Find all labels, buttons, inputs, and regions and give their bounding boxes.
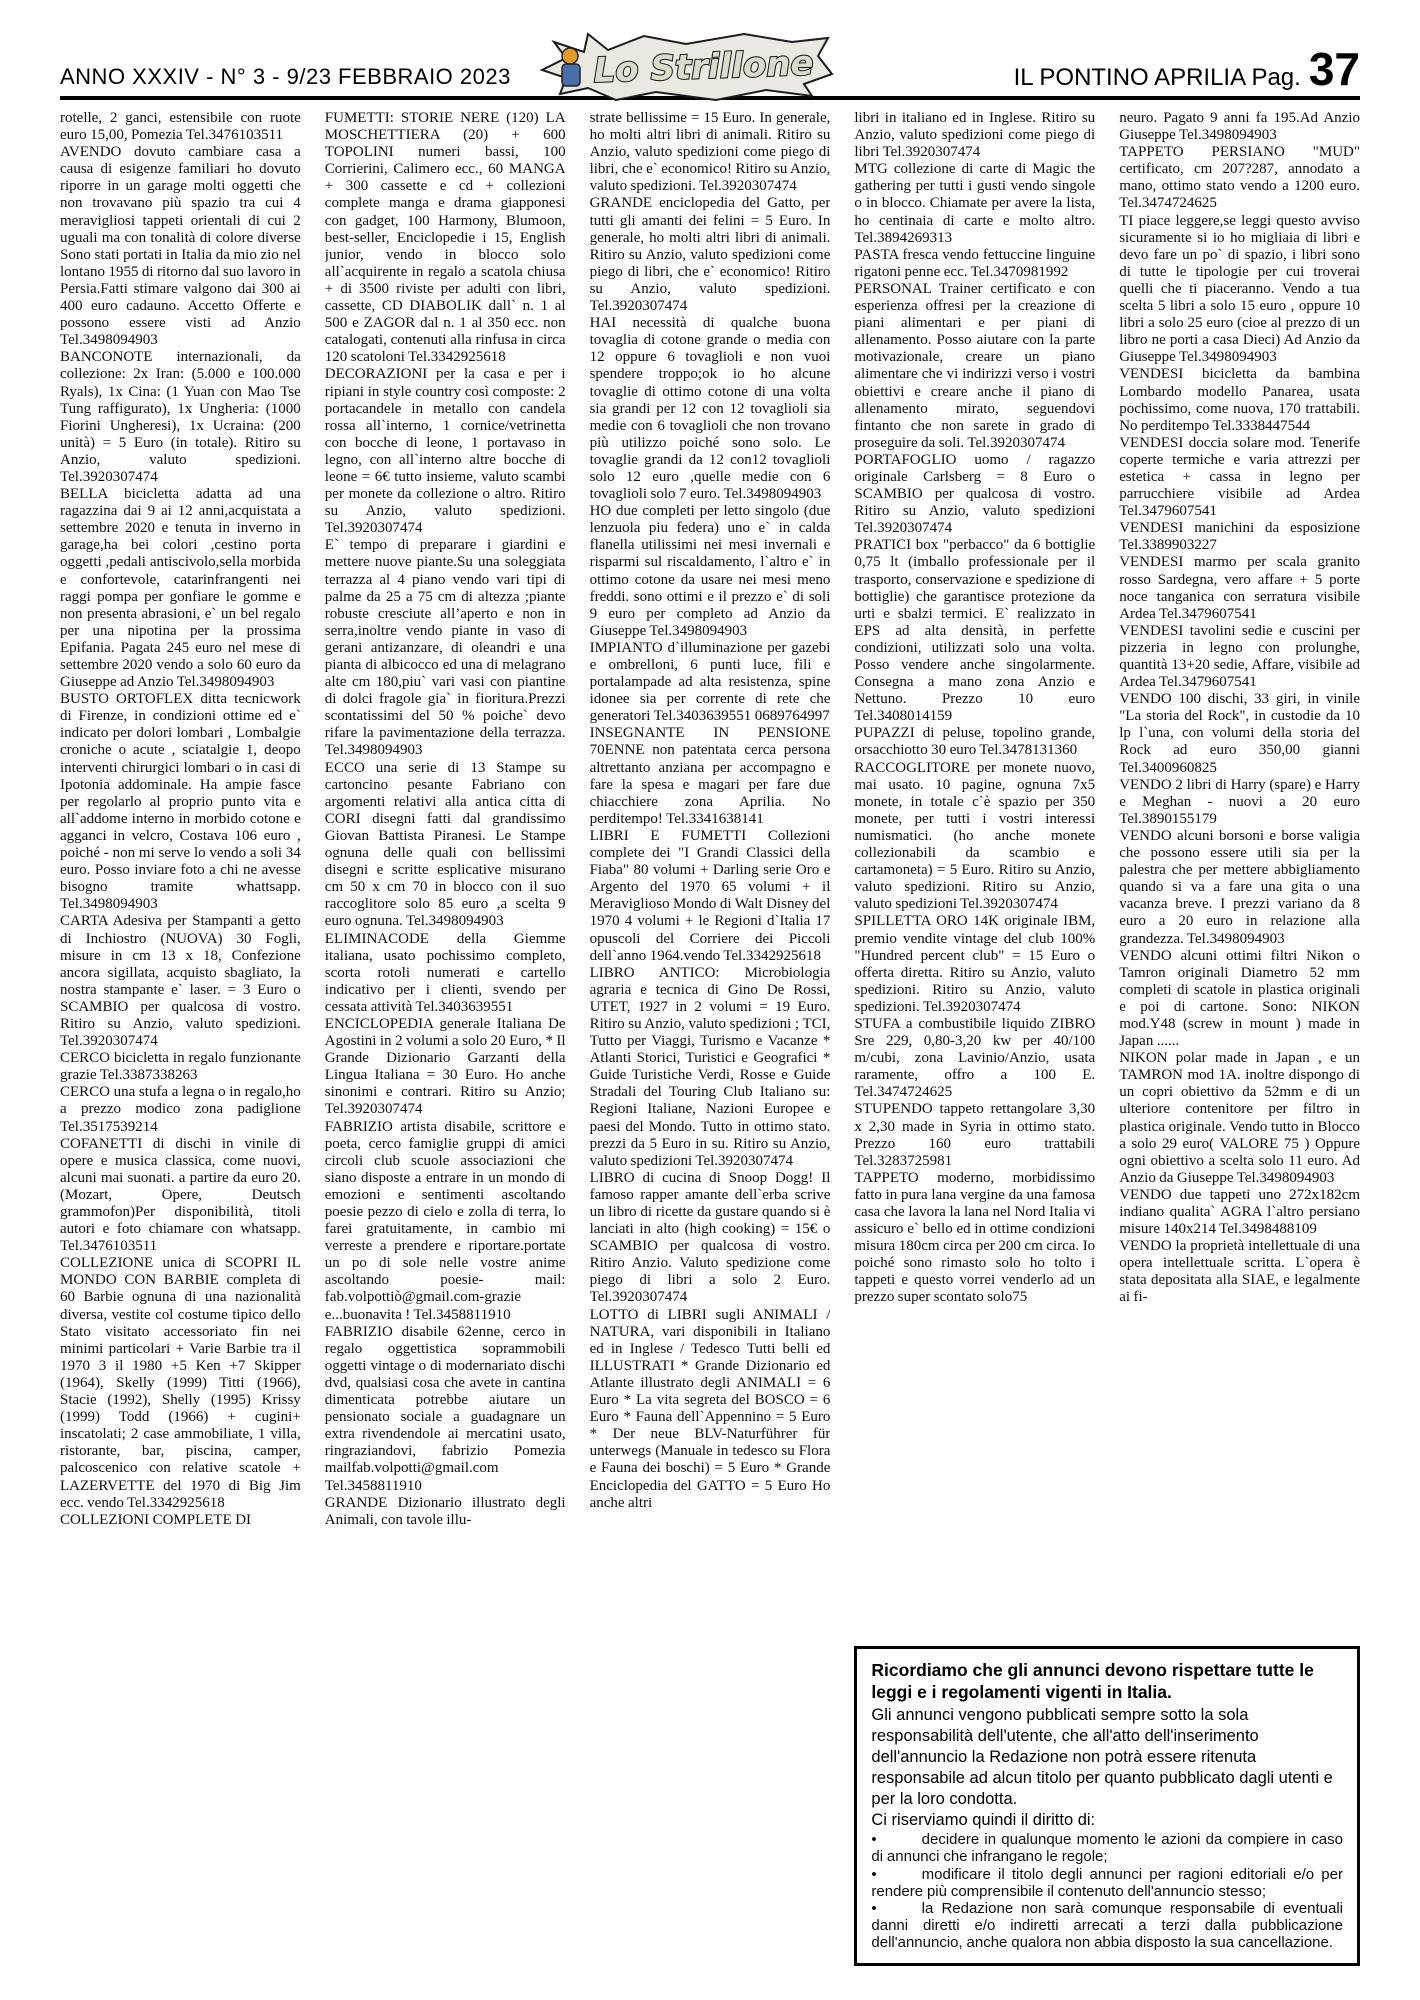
- classified-ad: PUPAZZI di peluse, topolino grande, orsa…: [854, 725, 1095, 759]
- classified-ad: VENDO la proprietà intellettuale di una …: [1119, 1238, 1360, 1306]
- classified-ad: GRANDE enciclopedia del Gatto, per tutti…: [590, 195, 831, 315]
- column-4: libri in italiano ed in Inglese. Ritiro …: [854, 110, 1095, 1632]
- masthead-right: IL PONTINO APRILIA Pag. 37: [1014, 50, 1360, 92]
- rules-notice-box: Ricordiamo che gli annunci devono rispet…: [854, 1646, 1360, 1966]
- classified-ad: GRANDE Dizionario illustrato degli Anima…: [325, 1495, 566, 1529]
- classified-ad: strate bellissime = 15 Euro. In generale…: [590, 110, 831, 195]
- classified-ad: LIBRO di cucina di Snoop Dogg! Il famoso…: [590, 1170, 831, 1307]
- classified-ad: rotelle, 2 ganci, estensibile con ruote …: [60, 110, 301, 144]
- classified-ad: BUSTO ORTOFLEX ditta tecnicwork di Firen…: [60, 691, 301, 913]
- classified-ad: CARTA Adesiva per Stampanti a getto di I…: [60, 913, 301, 1050]
- classified-ad: VENDESI doccia solare mod. Tenerife cope…: [1119, 435, 1360, 520]
- notice-rights-lead: Ci riserviamo quindi il diritto di:: [871, 1810, 1343, 1831]
- classified-ad: VENDO 2 libri di Harry (spare) e Harry e…: [1119, 777, 1360, 828]
- classified-ad: VENDESI manichini da esposizione Tel.338…: [1119, 520, 1360, 554]
- classified-ad: PRATICI box "perbacco" da 6 bottiglie 0,…: [854, 537, 1095, 725]
- classified-ad: FABRIZIO disabile 62enne, cerco in regal…: [325, 1324, 566, 1495]
- classified-ad: VENDESI bicicletta da bambina Lombardo m…: [1119, 366, 1360, 434]
- classified-ad: LOTTO di LIBRI sugli ANIMALI / NATURA, v…: [590, 1307, 831, 1512]
- classified-ad: E` tempo di preparare i giardini e mette…: [325, 537, 566, 759]
- column-1: rotelle, 2 ganci, estensibile con ruote …: [60, 110, 301, 1966]
- classified-ad: SPILLETTA ORO 14K originale IBM, premio …: [854, 913, 1095, 1016]
- classified-ad: STUPENDO tappeto rettangolare 3,30 x 2,3…: [854, 1101, 1095, 1169]
- issue-date-line: ANNO XXXIV - N° 3 - 9/23 FEBBRAIO 2023: [60, 64, 511, 92]
- classified-ad: HAI necessità di qualche buona tovaglia …: [590, 315, 831, 503]
- classified-ad: VENDESI marmo per scala granito rosso Sa…: [1119, 554, 1360, 622]
- classified-ad: STUFA a combustibile liquido ZIBRO Sre 2…: [854, 1016, 1095, 1101]
- page-number: 37: [1309, 50, 1360, 89]
- classified-ad: INSEGNANTE IN PENSIONE 70ENNE non patent…: [590, 725, 831, 828]
- classified-ad: FABRIZIO artista disabile, scrittore e p…: [325, 1119, 566, 1324]
- notice-intro: Gli annunci vengono pubblicati sempre so…: [871, 1705, 1343, 1810]
- notice-bullet: • modificare il titolo degli annunci per…: [871, 1866, 1343, 1900]
- classified-ad: AVENDO dovuto cambiare casa a causa di e…: [60, 144, 301, 349]
- column-2: FUMETTI: STORIE NERE (120) LA MOSCHETTIE…: [325, 110, 566, 1966]
- classified-ad: ECCO una serie di 13 Stampe su cartoncin…: [325, 760, 566, 931]
- classified-ad: PERSONAL Trainer certificato e con esper…: [854, 281, 1095, 452]
- newspaper-page: ANNO XXXIV - N° 3 - 9/23 FEBBRAIO 2023 L…: [0, 0, 1420, 2000]
- notice-bullets: • decidere in qualunque momento le azion…: [871, 1831, 1343, 1951]
- classified-ad: MTG collezione di carte di Magic the gat…: [854, 161, 1095, 246]
- classified-ad: COFANETTI di dischi in vinile di opere e…: [60, 1136, 301, 1256]
- notice-bullet: • la Redazione non sarà comunque respons…: [871, 1900, 1343, 1951]
- lo-strillone-logo-art: Lo Strillone: [536, 30, 836, 104]
- classified-ad: BELLA bicicletta adatta ad una ragazzina…: [60, 486, 301, 691]
- classified-ad: TI piace leggere,se leggi questo avviso …: [1119, 213, 1360, 367]
- column-3: strate bellissime = 15 Euro. In generale…: [590, 110, 831, 1966]
- classified-ad: HO due completi per letto singolo (due l…: [590, 503, 831, 640]
- classified-ad: VENDO 100 dischi, 33 giri, in vinile "La…: [1119, 691, 1360, 776]
- classified-ad: LIBRI E FUMETTI Collezioni complete dei …: [590, 828, 831, 965]
- classified-ad: VENDO alcuni borsoni e borse valigia che…: [1119, 828, 1360, 948]
- logo-text: Lo Strillone: [593, 43, 814, 91]
- newsboy-hat-icon: [562, 48, 578, 64]
- page-header: ANNO XXXIV - N° 3 - 9/23 FEBBRAIO 2023 L…: [60, 34, 1360, 100]
- classified-ad: libri in italiano ed in Inglese. Ritiro …: [854, 110, 1095, 161]
- newsboy-body-icon: [562, 64, 580, 86]
- classified-ad: DECORAZIONI per la casa e per i ripiani …: [325, 366, 566, 537]
- classifieds-columns: rotelle, 2 ganci, estensibile con ruote …: [60, 110, 1360, 1966]
- classified-ad: IMPIANTO d`illuminazione per gazebi e om…: [590, 640, 831, 725]
- classified-ad: TAPPETO moderno, morbidissimo fatto in p…: [854, 1170, 1095, 1307]
- classified-ad: CERCO bicicletta in regalo funzionante g…: [60, 1050, 301, 1084]
- notice-title: Ricordiamo che gli annunci devono rispet…: [871, 1659, 1343, 1703]
- classified-ad: ENCICLOPEDIA generale Italiana De Agosti…: [325, 1016, 566, 1119]
- classified-ad: VENDO alcuni ottimi filtri Nikon o Tamro…: [1119, 948, 1360, 1051]
- classified-ad: TAPPETO PERSIANO "MUD" certificato, cm 2…: [1119, 144, 1360, 212]
- classified-ad: RACCOGLITORE per monete nuovo, mai usato…: [854, 760, 1095, 914]
- classified-ad: BANCONOTE internazionali, da collezione:…: [60, 349, 301, 486]
- classified-ad: PASTA fresca vendo fettuccine linguine r…: [854, 247, 1095, 281]
- column-5: neuro. Pagato 9 anni fa 195.Ad Anzio Giu…: [1119, 110, 1360, 1632]
- classified-ad: neuro. Pagato 9 anni fa 195.Ad Anzio Giu…: [1119, 110, 1360, 144]
- classified-ad: PORTAFOGLIO uomo / ragazzo originale Car…: [854, 452, 1095, 537]
- lo-strillone-logo: Lo Strillone: [536, 30, 836, 109]
- classified-ad: COLLEZIONI COMPLETE DI: [60, 1512, 301, 1529]
- classified-ad: CERCO una stufa a legna o in regalo,ho a…: [60, 1084, 301, 1135]
- classified-ad: LIBRO ANTICO: Microbiologia agraria e te…: [590, 965, 831, 1170]
- classified-ad: VENDESI tavolini sedie e cuscini per piz…: [1119, 623, 1360, 691]
- classified-ad: FUMETTI: STORIE NERE (120) LA MOSCHETTIE…: [325, 110, 566, 366]
- notice-bullet: • decidere in qualunque momento le azion…: [871, 1831, 1343, 1865]
- classified-ad: VENDO due tappeti uno 272x182cm indiano …: [1119, 1187, 1360, 1238]
- publication-name: IL PONTINO APRILIA Pag.: [1014, 64, 1301, 92]
- classified-ad: ELIMINACODE della Giemme italiana, usato…: [325, 931, 566, 1016]
- classified-ad: NIKON polar made in Japan , e un TAMRON …: [1119, 1050, 1360, 1187]
- classified-ad: COLLEZIONE unica di SCOPRI IL MONDO CON …: [60, 1255, 301, 1511]
